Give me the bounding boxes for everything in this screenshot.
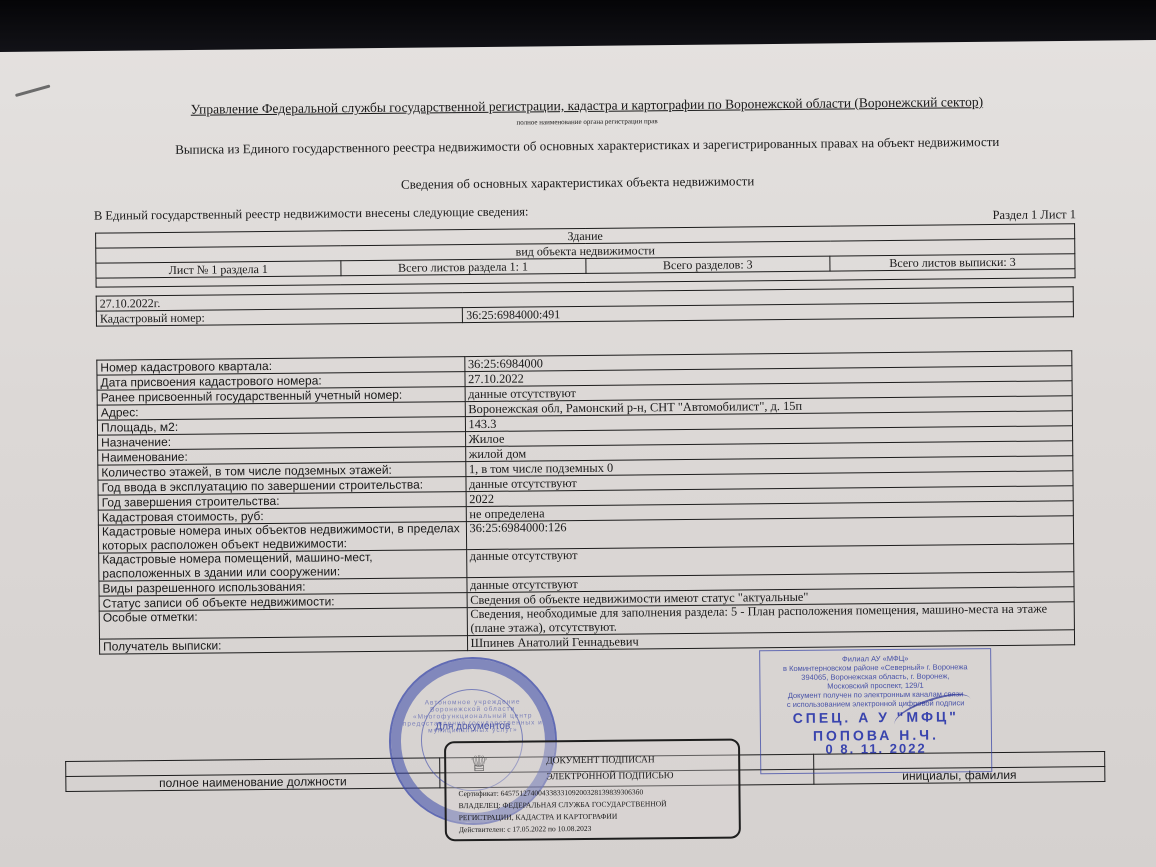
row-label: Получатель выписки:: [99, 636, 467, 655]
characteristics-table: Номер кадастрового квартала:36:25:698400…: [96, 350, 1075, 654]
esign-line1: Документ подписан: [546, 755, 655, 766]
pen-mark: [15, 84, 50, 97]
section-title: Сведения об основных характеристиках объ…: [148, 171, 1008, 195]
esign-certificate: Сертификат: 6457512740043383310920032813…: [458, 787, 643, 798]
mfc-date: 0 8. 11. 2022: [761, 743, 991, 754]
esign-owner-line2: РЕГИСТРАЦИИ, КАДАСТРА И КАРТОГРАФИИ: [459, 812, 618, 823]
row-label: Кадастровые номера иных объектов недвижи…: [98, 522, 466, 554]
intro-text: В Единый государственный реестр недвижим…: [94, 204, 529, 223]
coat-of-arms-icon: ♕: [466, 749, 492, 779]
position-caption: полное наименование должности: [66, 773, 440, 792]
seal-center-text: Для документов: [391, 720, 555, 733]
document-page: Управление Федеральной службы государств…: [0, 0, 1156, 867]
sheet-reference: Раздел 1 Лист 1: [958, 207, 1076, 223]
esign-validity: Действителен: с 17.05.2022 по 10.08.2023: [459, 824, 592, 834]
row-label: Кадастровые номера помещений, машино-мес…: [99, 550, 467, 582]
electronic-signature-stamp: ♕ Документ подписан электронной подписью…: [444, 738, 741, 841]
object-header-table: Здание вид объекта недвижимости Лист № 1…: [95, 223, 1075, 287]
esign-line2: электронной подписью: [546, 771, 673, 782]
document-title: Выписка из Единого государственного реес…: [117, 133, 1057, 158]
esign-owner-line1: Владелец: ФЕДЕРАЛЬНАЯ СЛУЖБА ГОСУДАРСТВЕ…: [459, 799, 667, 810]
row-label: Особые отметки:: [99, 608, 467, 640]
cadastral-number-label: Кадастровый номер:: [96, 308, 463, 327]
cadastral-table: 27.10.2022г. Кадастровый номер: 36:25:69…: [96, 286, 1074, 326]
